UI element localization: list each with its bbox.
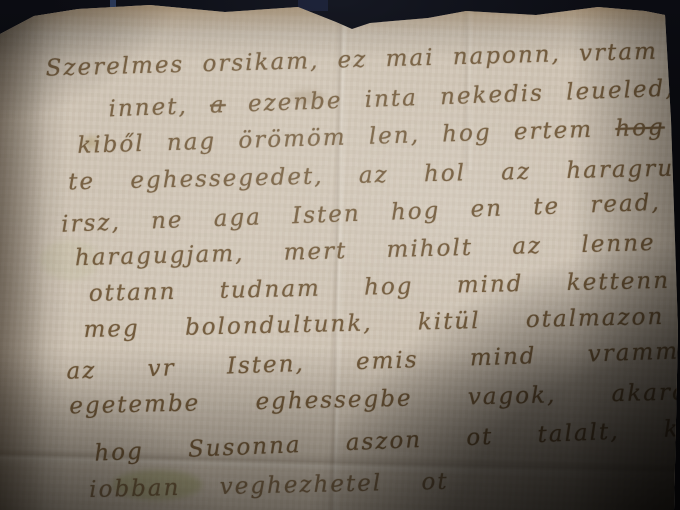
letter-paper: Szerelmes orsikam, ez mai naponn, vrtam …: [0, 0, 680, 510]
handwriting-segment: ezenbe inta nekedis leueled,: [225, 76, 675, 118]
manuscript-line-1: Szerelmes orsikam, ez mai naponn, vrtam …: [45, 36, 680, 82]
handwriting-segment: iobban veghezhetel ot: [89, 469, 449, 503]
manuscript-line-5: irsz, ne aga Isten hog en te read,: [61, 190, 661, 238]
handwriting-segment: az vr Isten, emis mind vrammal: [66, 338, 680, 385]
handwriting-segment: meg bolondultunk, kitül otalmazon: [83, 304, 664, 343]
photograph-of-manuscript-letter: Szerelmes orsikam, ez mai naponn, vrtam …: [0, 0, 680, 510]
handwriting-segment: innet,: [108, 93, 210, 123]
manuscript-line-10: egetembe eghessegbe vagok, akarom: [69, 379, 680, 420]
manuscript-line-8: meg bolondultunk, kitül otalmazon: [83, 304, 664, 343]
handwriting-segment: egetembe eghessegbe vagok, akarom: [69, 379, 680, 420]
handwriting-segment: Szerelmes orsikam, ez mai naponn, vrtam …: [45, 36, 680, 82]
handwriting-segment: hog Susonna aszon ot talalt, kel: [94, 415, 680, 467]
manuscript-line-11: hog Susonna aszon ot talalt, kel: [94, 415, 680, 467]
manuscript-line-4: te eghessegedet, az hol az haragrul: [68, 155, 680, 195]
manuscript-line-6: haragugjam, mert miholt az lenne: [75, 230, 656, 271]
handwriting-segment: irsz, ne aga Isten hog en te read,: [61, 190, 661, 238]
manuscript-line-7: ottann tudnam hog mind kettenn: [88, 268, 670, 307]
struck-word: a: [210, 92, 227, 119]
handwriting-segment: te eghessegedet, az hol az haragrul: [68, 155, 680, 195]
manuscript-line-12: iobban veghezhetel ot: [89, 469, 449, 503]
struck-word: hog: [615, 114, 665, 142]
manuscript-line-9: az vr Isten, emis mind vrammal: [66, 338, 680, 385]
manuscript-line-2: innet, a ezenbe inta nekedis leueled,: [108, 76, 675, 123]
handwriting-segment: haragugjam, mert miholt az lenne: [75, 230, 656, 271]
handwriting-segment: kiből nag örömöm len, hog ertem: [77, 116, 616, 159]
handwritten-text-block: Szerelmes orsikam, ez mai naponn, vrtam …: [0, 0, 680, 510]
handwriting-segment: ottann tudnam hog mind kettenn: [88, 268, 670, 307]
